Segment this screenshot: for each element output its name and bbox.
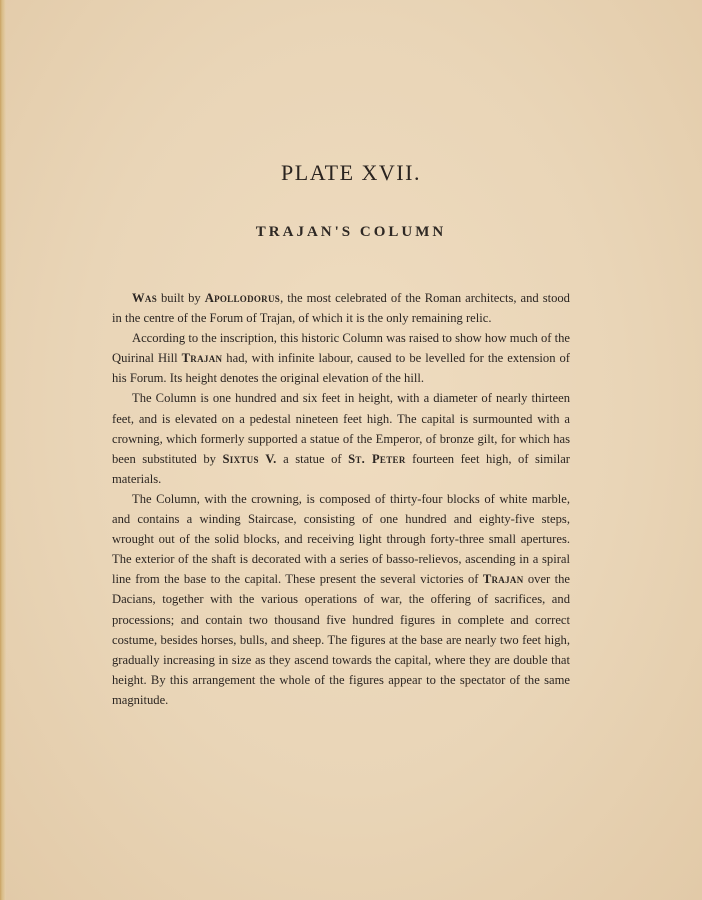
book-page: PLATE XVII. TRAJAN'S COLUMN Was built by… — [0, 0, 702, 900]
proper-name: Apollodorus — [205, 291, 280, 305]
proper-name: Trajan — [483, 572, 524, 586]
proper-name: St. Peter — [348, 452, 406, 466]
paragraph-3: The Column is one hundred and six feet i… — [112, 388, 570, 488]
page-subtitle: TRAJAN'S COLUMN — [0, 224, 702, 241]
text-run: a statue of — [277, 452, 348, 466]
paragraph-4: The Column, with the crowning, is compos… — [112, 489, 570, 710]
proper-name: Was — [132, 291, 157, 305]
plate-title: PLATE XVII. — [0, 160, 702, 186]
text-run: over the Dacians, together with the vari… — [112, 572, 570, 707]
body-text: Was built by Apollodorus, the most celeb… — [112, 288, 570, 710]
paragraph-1: Was built by Apollodorus, the most celeb… — [112, 288, 570, 328]
text-run: built by — [157, 291, 205, 305]
proper-name: Sixtus V. — [222, 452, 276, 466]
page-binding-edge — [0, 0, 6, 900]
proper-name: Trajan — [182, 351, 223, 365]
paragraph-2: According to the inscription, this histo… — [112, 328, 570, 388]
